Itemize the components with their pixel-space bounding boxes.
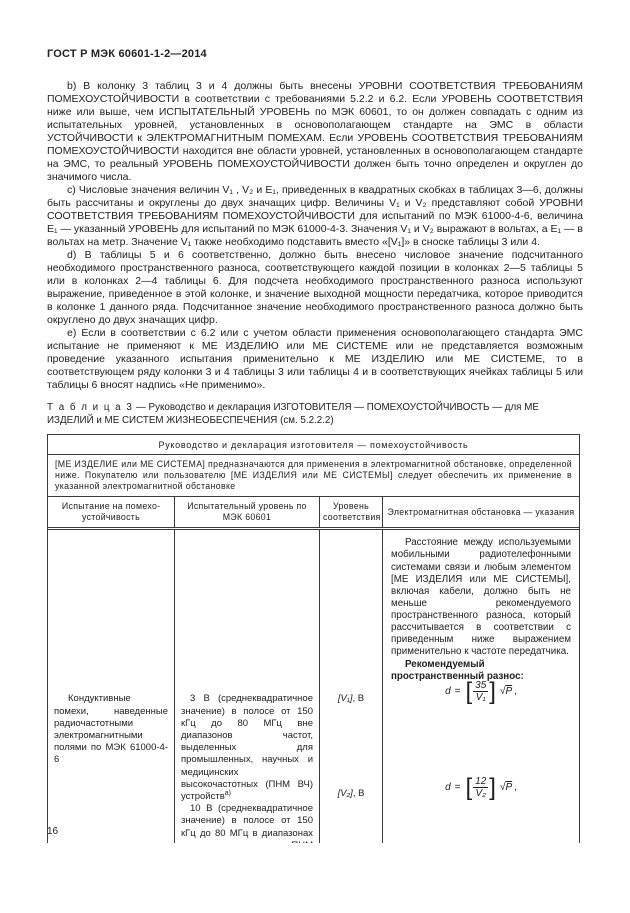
- compliance-v2-unit: , В: [353, 788, 365, 799]
- formula1-equals: =: [455, 686, 461, 698]
- immunity-test-text: Кондуктивные помехи, наведенные радиочас…: [54, 693, 168, 766]
- guidance-paragraph: Расстояние между используемыми мобильным…: [391, 537, 571, 658]
- table-3: Руководство и декларация изготовителя — …: [47, 434, 580, 843]
- paragraph-e: e) Если в соответствии с 6.2 или с учето…: [47, 327, 583, 392]
- cell-immunity-test: Кондуктивные помехи, наведенные радиочас…: [48, 530, 175, 843]
- formula2-numerator: 12: [473, 776, 488, 788]
- table-caption: Т а б л и ц а 3 — Руководство и декларац…: [47, 401, 583, 427]
- formula1-radicand: P: [505, 686, 512, 697]
- table-title-row: Руководство и декларация изготовителя — …: [48, 435, 579, 455]
- test-level-item-2: 10 В (среднеквадратичное значение) в пол…: [181, 803, 313, 843]
- formula2-tail: ,: [514, 782, 517, 794]
- compliance-v2-var: [V₂]: [338, 788, 353, 799]
- formula1-numerator: 35: [473, 680, 488, 692]
- paragraph-c: c) Числовые значения величин V₁ , V₂ и E…: [47, 184, 583, 249]
- formula2-lhs: d: [445, 782, 451, 794]
- column-header-immunity-test: Испытание на помехо­устойчивость: [48, 497, 175, 527]
- document-title: ГОСТ Р МЭК 60601-1-2—2014: [47, 48, 583, 60]
- document-page: ГОСТ Р МЭК 60601-1-2—2014 b) В колонку 3…: [0, 0, 630, 913]
- paragraph-b: b) В колонку 3 таблиц 3 и 4 должны быть …: [47, 80, 583, 184]
- footnote-marker-a: а): [225, 790, 231, 797]
- formula2-fraction: 12V₂: [473, 776, 488, 799]
- formula2-sqrt: √P: [500, 782, 512, 794]
- page-number: 16: [47, 826, 58, 837]
- formula2-equals: =: [455, 782, 461, 794]
- separation-distance-formula-2: d=[12V₂]√P,: [383, 776, 579, 799]
- column-header-test-level: Испытательный уровень по МЭК 60601: [175, 497, 320, 527]
- table-body-row: Кондуктивные помехи, наведенные радиочас…: [48, 530, 579, 843]
- compliance-v1-unit: , В: [353, 693, 365, 704]
- formula1-lhs: d: [445, 686, 451, 698]
- table-caption-label: Т а б л и ц а 3: [47, 402, 133, 413]
- table-header-row: Испытание на помехо­устойчивость Испытат…: [48, 497, 579, 530]
- paragraph-d: d) В таблицы 5 и 6 соответственно, должн…: [47, 249, 583, 327]
- formula2-radicand: P: [505, 782, 512, 793]
- cell-em-environment-guidance: Расстояние между используемыми мобильным…: [383, 530, 579, 843]
- test-level-item-1-text: 3 В (среднеквадратичное значение) в поло…: [181, 693, 313, 802]
- formula1-tail: ,: [514, 686, 517, 698]
- formula1-fraction: 35V₁: [473, 680, 488, 703]
- cell-compliance-level: [V₁], В [V₂], В: [320, 530, 383, 843]
- formula1-sqrt: √P: [500, 686, 512, 698]
- test-level-item-2-text: 10 В (среднеквадратичное значение) в пол…: [181, 803, 313, 843]
- column-header-em-environment: Электромагнитная обстановка — указания: [383, 497, 579, 527]
- formula2-denominator: V₂: [475, 788, 485, 799]
- compliance-v1-var: [V₁]: [338, 693, 353, 704]
- compliance-value-v1: [V₁], В: [320, 693, 382, 704]
- separation-distance-formula-1: d=[35V₁]√P,: [383, 680, 579, 703]
- formula1-denominator: V₁: [476, 692, 486, 703]
- table-intro-row: [МЕ ИЗДЕЛИЕ или МЕ СИСТЕМА] предназначаю…: [48, 455, 579, 497]
- cell-test-level: 3 В (среднеквадратичное значение) в поло…: [175, 530, 320, 843]
- body-text-block: b) В колонку 3 таблиц 3 и 4 должны быть …: [47, 80, 583, 392]
- test-level-item-1: 3 В (среднеквадратичное значение) в поло…: [181, 693, 313, 803]
- compliance-value-v2: [V₂], В: [320, 788, 382, 799]
- column-header-compliance-level: Уровень соответствия: [320, 497, 383, 527]
